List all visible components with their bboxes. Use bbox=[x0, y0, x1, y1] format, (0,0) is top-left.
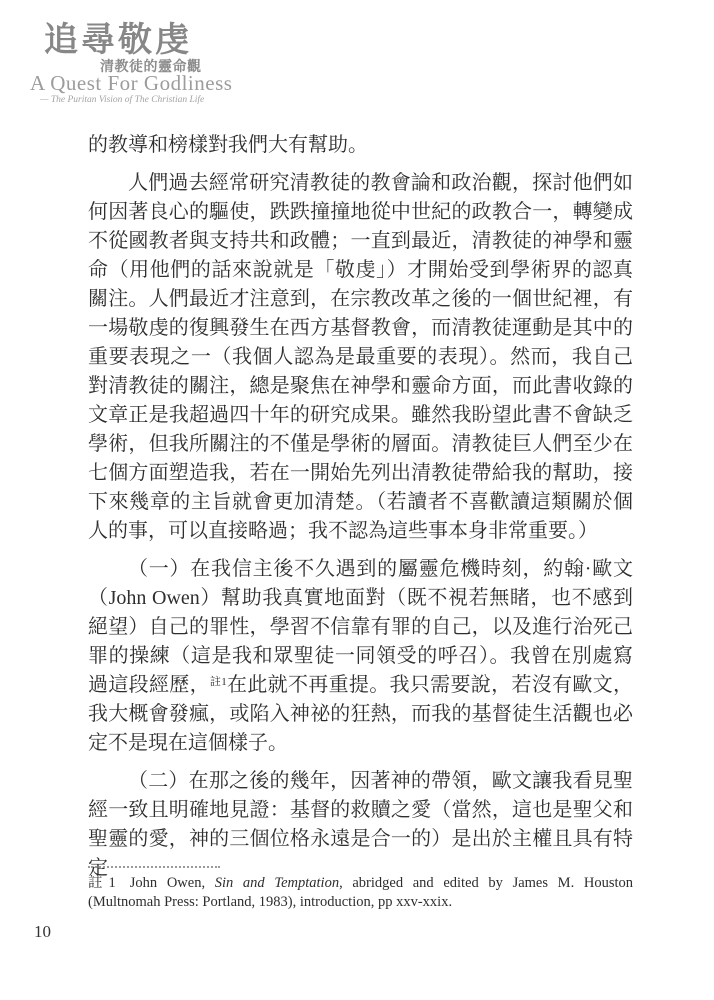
logo-title-chinese: 追尋敬虔 bbox=[44, 22, 192, 60]
footnote-text: 註1John Owen, Sin and Temptation, abridge… bbox=[88, 874, 633, 912]
footnote-book-title: Sin and Temptation bbox=[215, 875, 339, 891]
body-text: 的教導和榜樣對我們大有幫助。 人們過去經常研究清教徒的教會論和政治觀，探討他們如… bbox=[88, 131, 633, 892]
book-page: 追尋敬虔 清教徒的靈命觀 A Quest For Godliness — The… bbox=[0, 0, 714, 1000]
footnote-divider bbox=[88, 866, 220, 868]
paragraph-continuation: 的教導和榜樣對我們大有幫助。 bbox=[88, 131, 633, 160]
logo-title-english: A Quest For Godliness bbox=[30, 72, 232, 94]
footnote-section: 註1John Owen, Sin and Temptation, abridge… bbox=[88, 866, 633, 912]
logo-tagline: — The Puritan Vision of The Christian Li… bbox=[40, 95, 204, 106]
footnote-reference: 註1 bbox=[210, 676, 227, 688]
paragraph-point-one: （一）在我信主後不久遇到的屬靈危機時刻，約翰·歐文（John Owen）幫助我真… bbox=[88, 555, 633, 758]
paragraph-overview: 人們過去經常研究清教徒的教會論和政治觀，探討他們如何因著良心的驅使，跌跌撞撞地從… bbox=[88, 169, 633, 546]
page-number: 10 bbox=[34, 922, 51, 942]
book-logo: 追尋敬虔 清教徒的靈命觀 A Quest For Godliness — The… bbox=[30, 22, 270, 104]
footnote-marker: 註1 bbox=[88, 875, 116, 891]
footnote-citation-start: John Owen, bbox=[130, 875, 215, 891]
